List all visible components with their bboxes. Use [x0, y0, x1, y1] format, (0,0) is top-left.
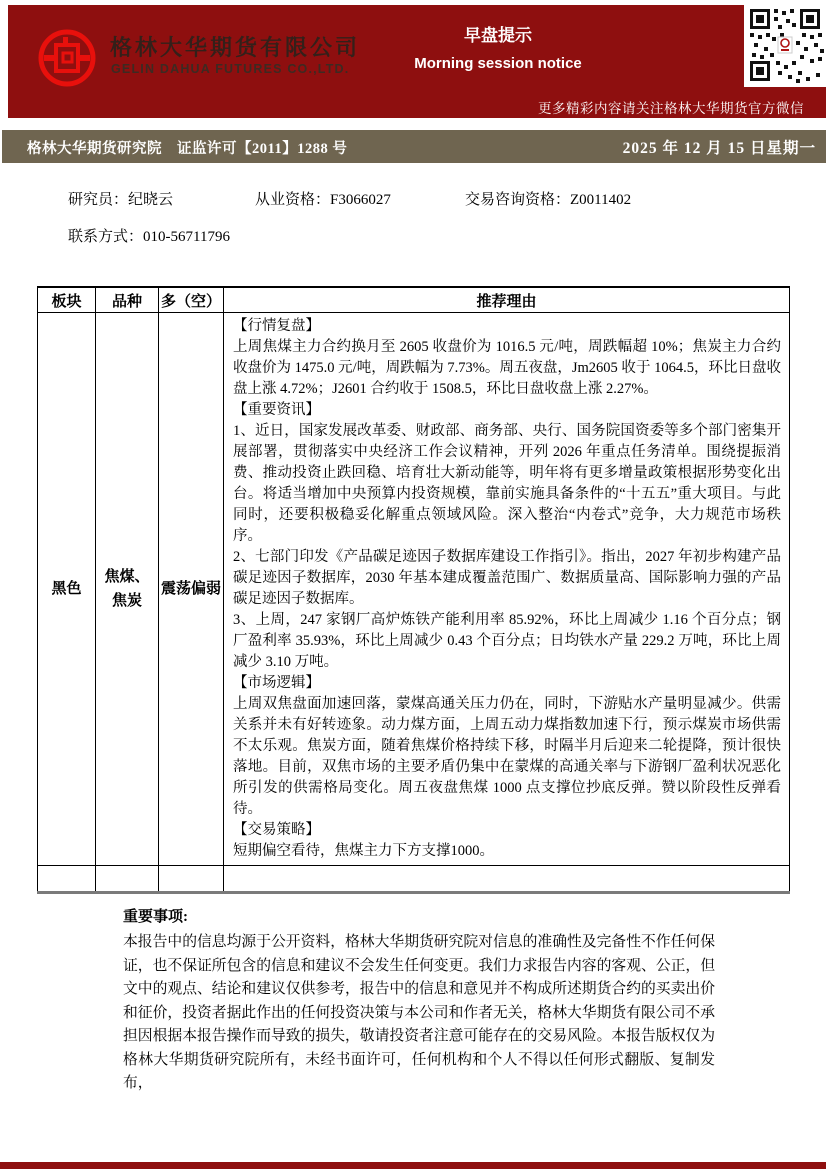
researcher-cert: 从业资格：F3066027	[255, 188, 391, 209]
wechat-tip: 更多精彩内容请关注格林大华期货官方微信	[538, 97, 804, 117]
company-name-en: GELIN DAHUA FUTURES CO.,LTD.	[111, 62, 349, 76]
reason-paragraph: 上周焦煤主力合约换月至 2605 收盘价为 1016.5 元/吨，周跌幅超 10…	[233, 337, 781, 400]
col-header-long-short: 多（空）	[159, 287, 224, 313]
researcher-contact: 联系方式：010-56711796	[68, 225, 230, 246]
col-header-variety: 品种	[96, 287, 159, 313]
reason-paragraph: 3、上周，247 家钢厂高炉炼铁产能利用率 85.92%，环比上周减少 1.16…	[233, 610, 781, 673]
recommendation-table: 板块 品种 多（空） 推荐理由 黑色 焦煤、焦炭 震荡偏弱 【行情复盘】上周焦煤…	[37, 286, 790, 894]
disclaimer-body: 本报告中的信息均源于公开资料，格林大华期货研究院对信息的准确性及完备性不作任何保…	[123, 931, 715, 1096]
reason-paragraph: 【市场逻辑】	[233, 673, 781, 694]
footer-strip	[0, 1162, 826, 1169]
researcher-line: 研究员：纪晓云 从业资格：F3066027 交易咨询资格：Z0011402	[0, 188, 826, 208]
report-page: 格林大华期货有限公司 GELIN DAHUA FUTURES CO.,LTD. …	[0, 0, 826, 1169]
reason-paragraph: 【交易策略】	[233, 820, 781, 841]
reason-paragraph: 【重要资讯】	[233, 400, 781, 421]
table-header-row: 板块 品种 多（空） 推荐理由	[38, 287, 790, 313]
report-date: 2025 年 12 月 15 日星期一	[623, 136, 816, 158]
reason-paragraph: 1、近日，国家发展改革委、财政部、商务部、央行、国务院国资委等多个部门密集开展部…	[233, 421, 781, 547]
notice-title-cn: 早盘提示	[408, 21, 588, 46]
notice-title-en: Morning session notice	[368, 55, 628, 72]
reason-paragraph: 短期偏空看待，焦煤主力下方支撑1000。	[233, 841, 781, 862]
reason-paragraph: 2、七部门印发《产品碳足迹因子数据库建设工作指引》。指出，2027 年初步构建产…	[233, 547, 781, 610]
cell-variety: 焦煤、焦炭	[96, 313, 159, 866]
researcher-advisory: 交易咨询资格：Z0011402	[465, 188, 631, 209]
cell-direction: 震荡偏弱	[159, 313, 224, 866]
cell-reason: 【行情复盘】上周焦煤主力合约换月至 2605 收盘价为 1016.5 元/吨，周…	[224, 313, 790, 866]
institute-license: 格林大华期货研究院 证监许可【2011】1288 号	[27, 137, 347, 158]
info-bar: 格林大华期货研究院 证监许可【2011】1288 号 2025 年 12 月 1…	[2, 130, 826, 163]
company-logo-icon	[36, 27, 98, 89]
cell-sector: 黑色	[38, 313, 96, 866]
header-banner: 格林大华期货有限公司 GELIN DAHUA FUTURES CO.,LTD. …	[8, 5, 826, 118]
reason-paragraph: 【行情复盘】	[233, 316, 781, 337]
table-empty-row	[38, 866, 790, 893]
qr-code	[744, 3, 826, 87]
company-name-cn: 格林大华期货有限公司	[110, 31, 360, 62]
disclaimer-title: 重要事项:	[123, 905, 188, 926]
col-header-sector: 板块	[38, 287, 96, 313]
reason-paragraph: 上周双焦盘面加速回落，蒙煤高通关压力仍在，同时，下游贴水产量明显减少。供需关系并…	[233, 694, 781, 820]
col-header-reason: 推荐理由	[224, 287, 790, 313]
table-row: 黑色 焦煤、焦炭 震荡偏弱 【行情复盘】上周焦煤主力合约换月至 2605 收盘价…	[38, 313, 790, 866]
researcher-name: 研究员：纪晓云	[68, 188, 173, 209]
